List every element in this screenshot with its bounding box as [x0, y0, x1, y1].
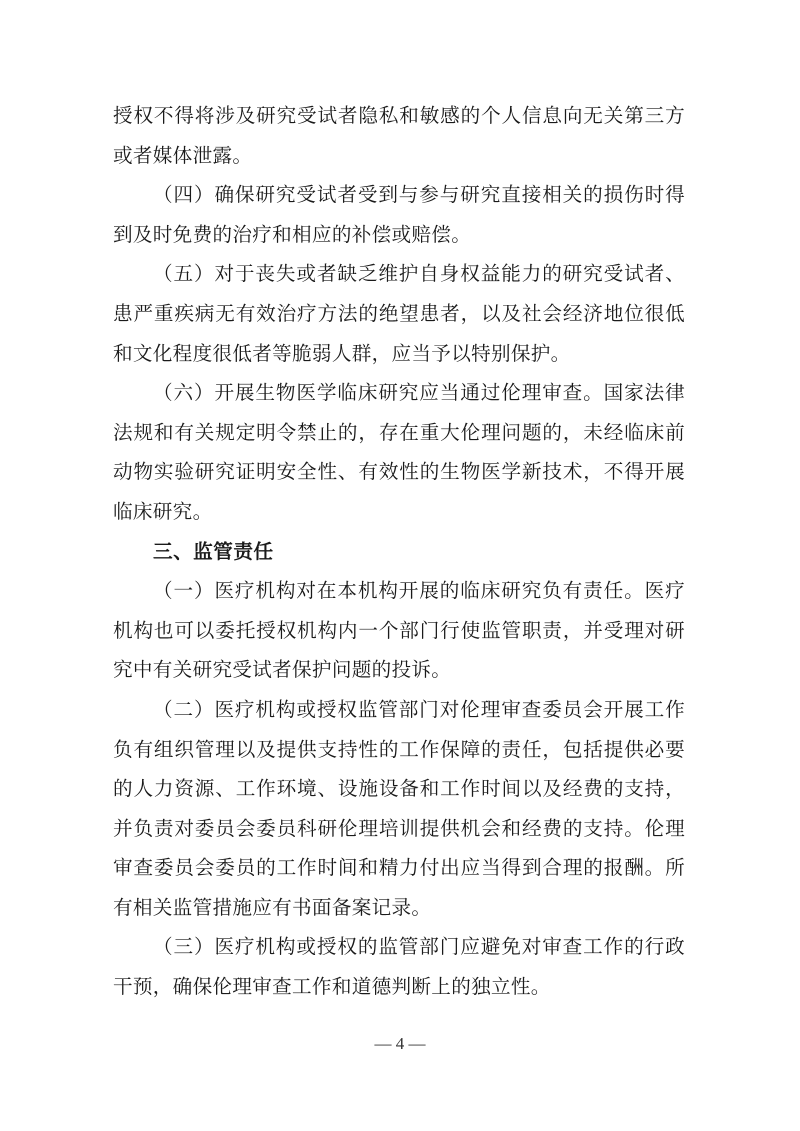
page-number: — 4 —: [0, 1034, 800, 1054]
paragraph-item-6: （六）开展生物医学临床研究应当通过伦理审查。国家法律法规和有关规定明令禁止的，存…: [113, 373, 685, 531]
paragraph-item-2: （二）医疗机构或授权监管部门对伦理审查委员会开展工作负有组织管理以及提供支持性的…: [113, 690, 685, 928]
document-page: 授权不得将涉及研究受试者隐私和敏感的个人信息向无关第三方或者媒体泄露。 （四）确…: [113, 96, 685, 1007]
section-heading: 三、监管责任: [113, 532, 685, 572]
paragraph-item-5: （五）对于丧失或者缺乏维护自身权益能力的研究受试者、患严重疾病无有效治疗方法的绝…: [113, 254, 685, 373]
paragraph-item-4: （四）确保研究受试者受到与参与研究直接相关的损伤时得到及时免费的治疗和相应的补偿…: [113, 175, 685, 254]
paragraph-item-3: （三）医疗机构或授权的监管部门应避免对审查工作的行政干预，确保伦理审查工作和道德…: [113, 927, 685, 1006]
paragraph-continuation: 授权不得将涉及研究受试者隐私和敏感的个人信息向无关第三方或者媒体泄露。: [113, 96, 685, 175]
paragraph-item-1: （一）医疗机构对在本机构开展的临床研究负有责任。医疗机构也可以委托授权机构内一个…: [113, 571, 685, 690]
